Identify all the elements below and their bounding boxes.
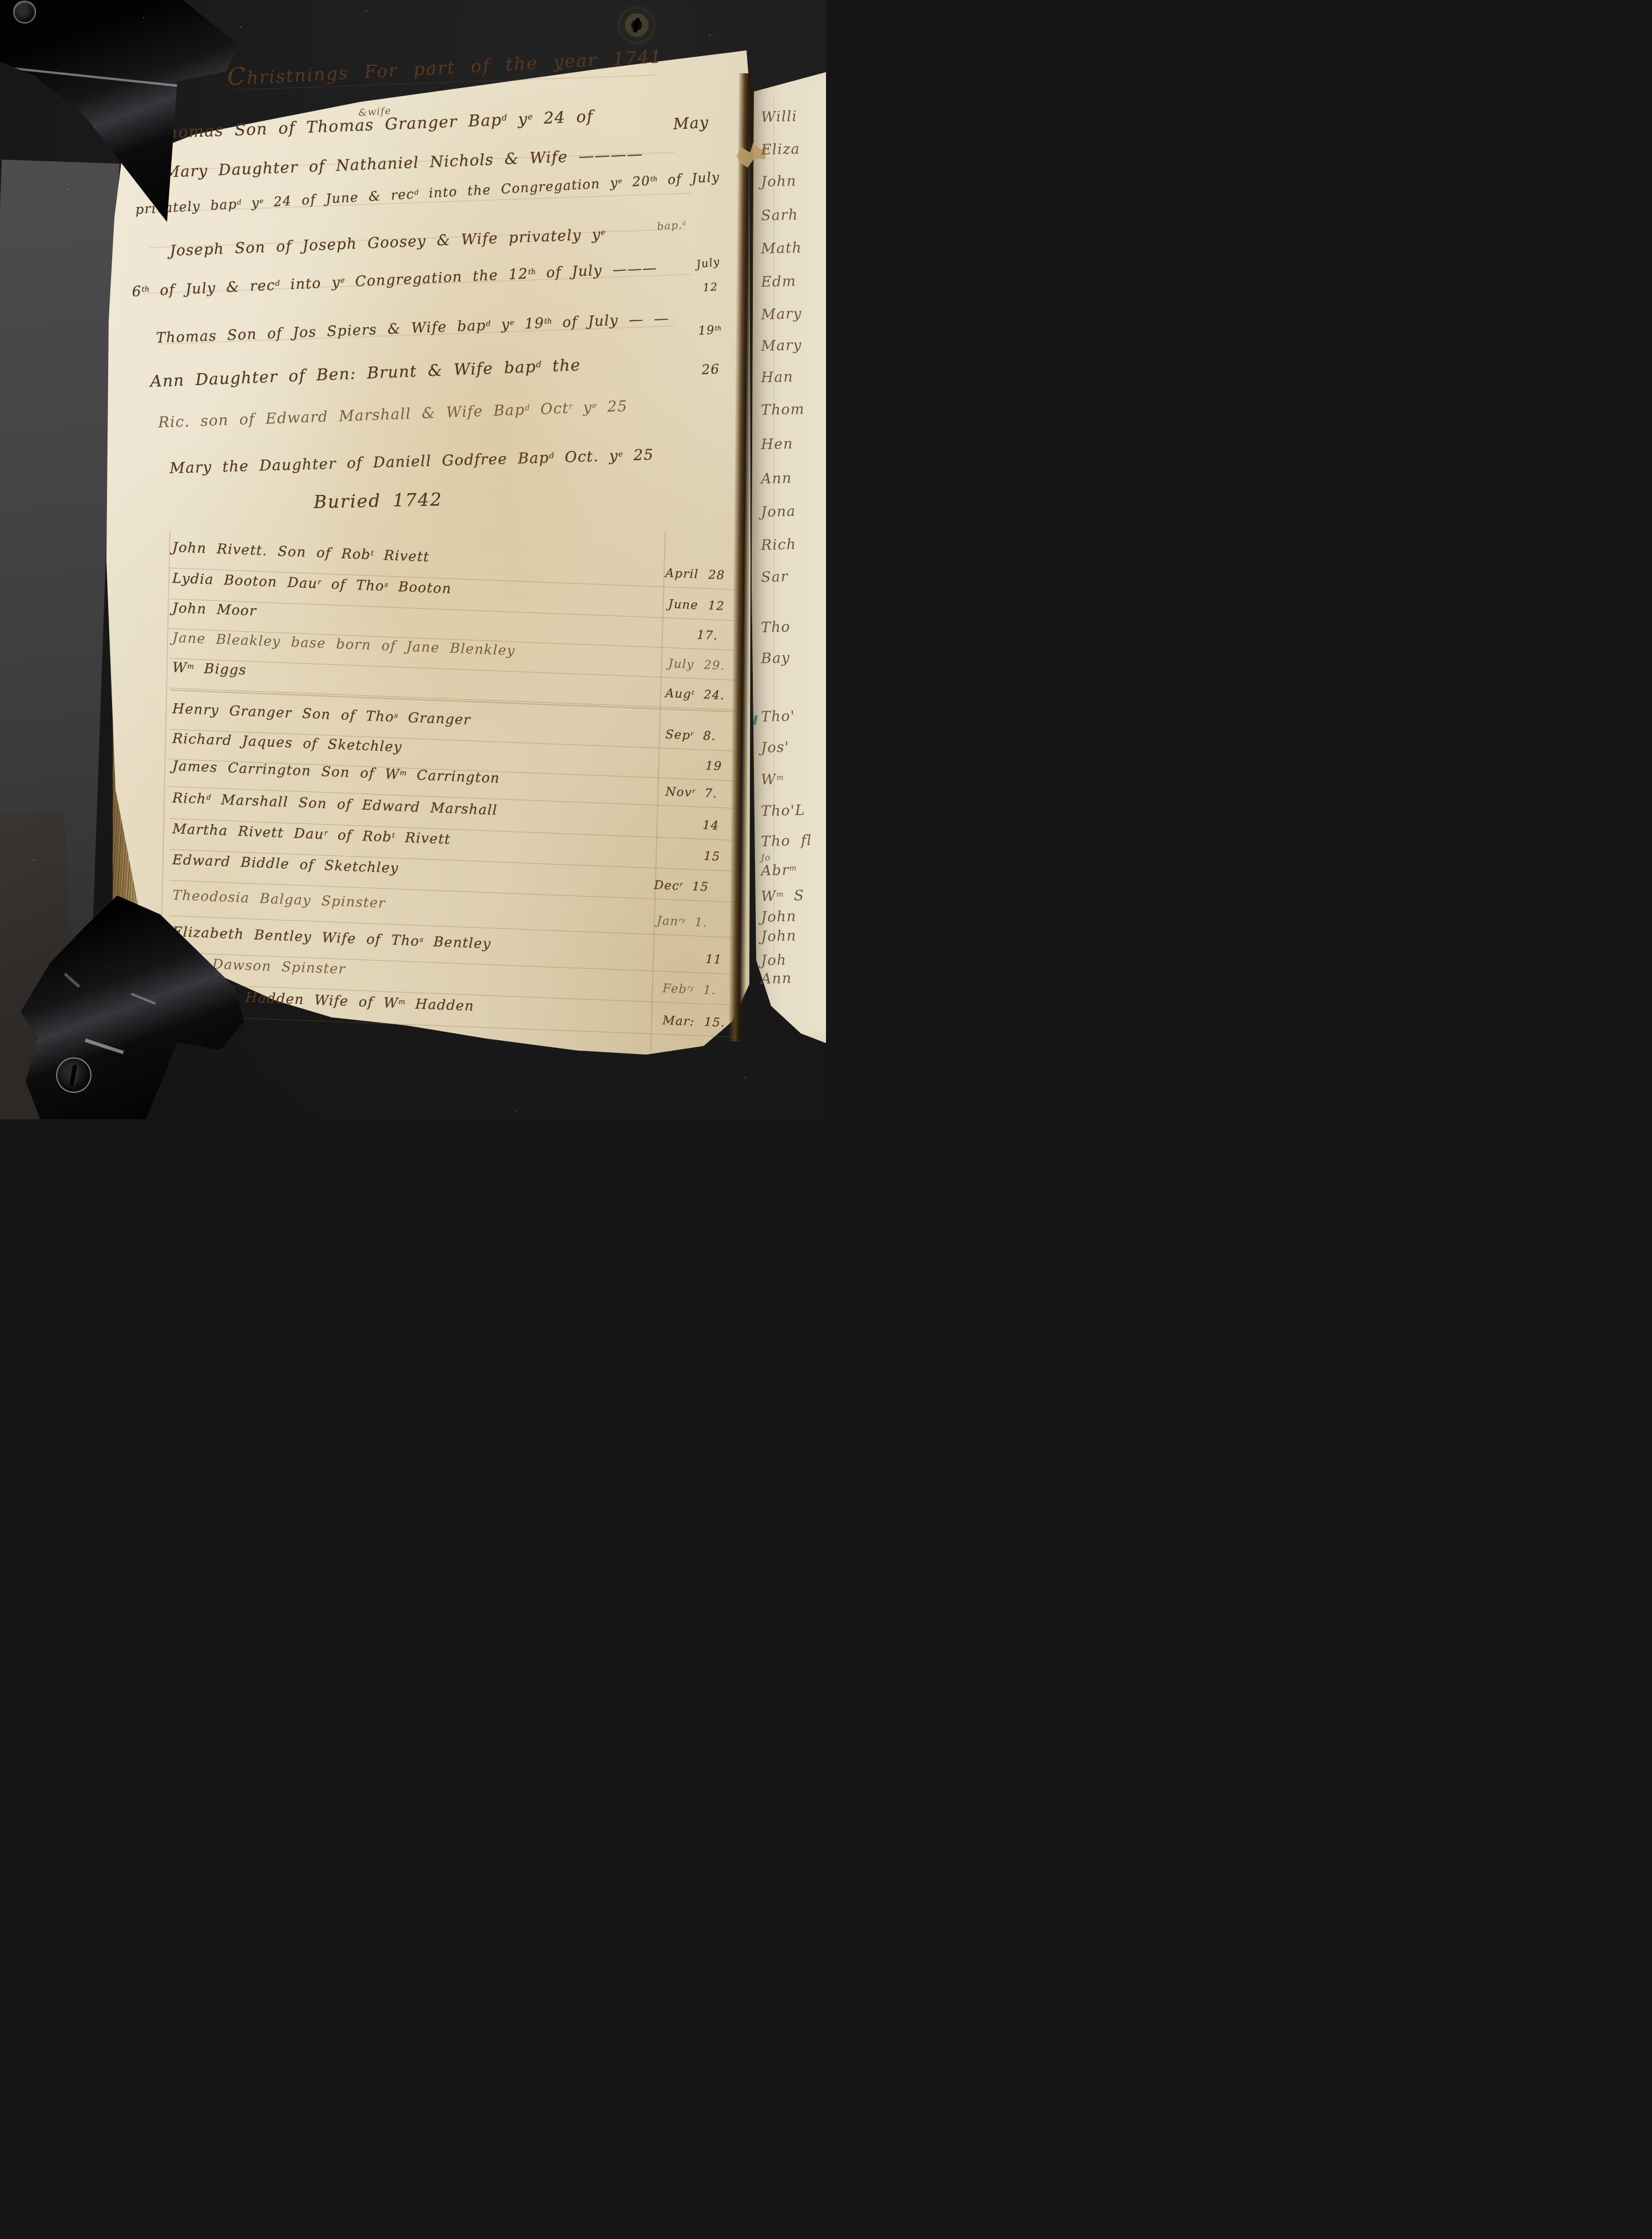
burial-date: 14 bbox=[702, 818, 720, 833]
buried-heading: Buried 1742 bbox=[313, 489, 443, 513]
burial-date: Novr 7. bbox=[665, 784, 718, 800]
right-page-name-fragment: Hen bbox=[761, 435, 793, 453]
burial-date: Janry 1. bbox=[657, 914, 708, 929]
right-page-name-fragment: Tho bbox=[761, 619, 791, 636]
christening-entry: Mary Daughter of Nathaniel Nichols & Wif… bbox=[164, 145, 644, 181]
right-page-name-fragment: John bbox=[761, 908, 797, 925]
christening-margin-date: 26 bbox=[701, 362, 720, 378]
right-page-name-fragment: Math bbox=[761, 239, 802, 257]
clip-hole bbox=[13, 1, 36, 23]
right-page-name-fragment: Eliza bbox=[761, 140, 800, 158]
christening-margin-date: July bbox=[696, 255, 721, 271]
right-page-name-fragment: Wm bbox=[761, 771, 784, 788]
dust-speck bbox=[67, 189, 69, 190]
burial-name: John Moor bbox=[172, 600, 257, 619]
burial-date: June 12 bbox=[668, 597, 725, 613]
clip-hole-slit bbox=[69, 1065, 78, 1086]
right-page-name-fragment: Sar bbox=[761, 568, 788, 585]
dust-speck bbox=[240, 26, 241, 27]
burial-name: Theodosia Balgay Spinster bbox=[172, 887, 386, 911]
dust-speck bbox=[143, 17, 144, 18]
right-page-name-fragment: Jona bbox=[761, 502, 796, 520]
burial-name: John Rivett. Son of Robt Rivett bbox=[172, 539, 430, 565]
clip-hole bbox=[56, 1057, 92, 1093]
dust-speck bbox=[561, 69, 562, 70]
right-page-name-fragment: Jo bbox=[761, 853, 771, 863]
right-page-name-fragment: Thom bbox=[761, 401, 805, 418]
right-page-name-fragment: Mary bbox=[761, 336, 802, 354]
right-page-name-fragment: Tho' bbox=[761, 707, 795, 725]
right-page-name-fragment: Joh bbox=[761, 952, 787, 969]
register-title: Christnings For part of the year 1741 bbox=[227, 40, 663, 91]
clip-scratch bbox=[85, 1039, 124, 1054]
dust-speck bbox=[33, 859, 34, 861]
right-page-name-fragment: Tho fl bbox=[761, 832, 812, 850]
burial-name: Wm Biggs bbox=[172, 659, 247, 678]
right-page-name-fragment: Willi bbox=[761, 108, 797, 125]
right-page-name-fragment: Ann bbox=[761, 470, 792, 487]
dust-speck bbox=[802, 514, 803, 515]
burial-date: Decr 15 bbox=[654, 878, 709, 894]
burial-date: Febry 1. bbox=[662, 981, 716, 997]
dust-speck bbox=[709, 34, 710, 35]
christening-margin-date: 12 bbox=[702, 281, 718, 294]
right-page-name-fragment: Wm S bbox=[761, 887, 804, 905]
photograph-scene: Christnings For part of the year 1741 Bu… bbox=[0, 0, 826, 1119]
burial-date: 19 bbox=[705, 759, 722, 773]
dust-speck bbox=[515, 1110, 516, 1111]
christening-entry: Ric. son of Edward Marshall & Wife Bapd … bbox=[158, 398, 628, 431]
clip-scratch bbox=[131, 993, 156, 1005]
christening-margin-date: 19th bbox=[698, 323, 722, 338]
christening-interline-note: bap.d bbox=[657, 219, 686, 232]
dust-speck bbox=[745, 1077, 746, 1078]
burial-date: Augt 24. bbox=[665, 686, 725, 702]
right-page-name-fragment: Abrm bbox=[761, 861, 797, 879]
burial-name: Henry Granger Son of Thos Granger bbox=[172, 700, 471, 728]
right-page-name-fragment: John bbox=[761, 172, 797, 190]
right-page-name-fragment: Sarh bbox=[761, 206, 799, 224]
burial-date: 17. bbox=[697, 628, 718, 642]
clip-scratch bbox=[64, 973, 81, 988]
burial-date: 15 bbox=[704, 849, 721, 863]
christening-entry: Joseph Son of Joseph Goosey & Wife priva… bbox=[169, 226, 606, 260]
burial-date: April 28 bbox=[665, 566, 725, 582]
burial-date: 11 bbox=[705, 952, 722, 966]
right-page-name-fragment: Jos' bbox=[761, 739, 789, 756]
right-page-name-fragment: John bbox=[761, 927, 797, 945]
right-page-name-fragment: Tho'L bbox=[761, 802, 805, 819]
christening-entry: 6th of July & recd into ye Congregation … bbox=[132, 259, 658, 300]
right-page-name-fragment: Ann bbox=[761, 970, 792, 987]
christening-entry: Ann Daughter of Ben: Brunt & Wife bapd t… bbox=[150, 355, 581, 391]
burial-name: Elizabeth Bentley Wife of Thos Bentley bbox=[172, 924, 491, 952]
burial-date: Mar: 15. bbox=[662, 1013, 726, 1029]
burial-date: July 29. bbox=[668, 656, 725, 672]
right-page-name-fragment: Bay bbox=[761, 649, 791, 667]
right-page-name-fragment: Rich bbox=[761, 536, 796, 553]
right-page-name-fragment: Edm bbox=[761, 272, 796, 290]
right-page-name-fragment: Han bbox=[761, 368, 793, 386]
christening-interline-note: &wife bbox=[358, 105, 392, 119]
christening-margin-date: May bbox=[673, 114, 709, 133]
right-page-name-fragment: Mary bbox=[761, 305, 802, 323]
burial-date: Sepr 8. bbox=[665, 727, 716, 743]
christening-entry: Mary the Daughter of Daniell Godfree Bap… bbox=[169, 446, 654, 477]
table-rule-vertical bbox=[773, 97, 775, 956]
dust-speck bbox=[366, 10, 367, 11]
